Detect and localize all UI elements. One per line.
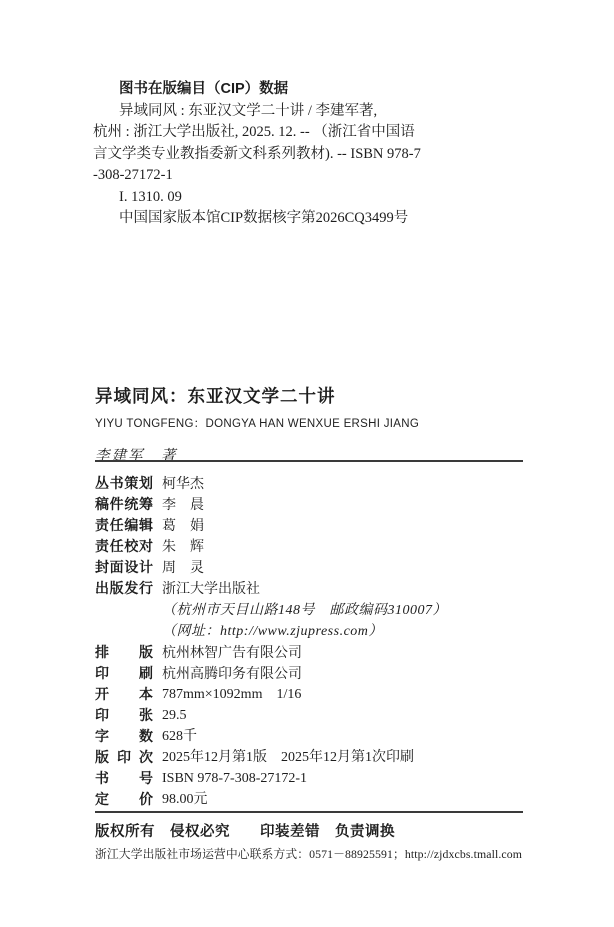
- credit-row: 开本 787mm×1092mm 1/16: [95, 684, 545, 705]
- copyright-page: 图书在版编目（CIP）数据 异域同风 : 东亚汉文学二十讲 / 李建军著, 杭州…: [0, 0, 614, 927]
- credit-value: 周 灵: [162, 557, 204, 578]
- book-title-pinyin: YIYU TONGFENG：DONGYA HAN WENXUE ERSHI JI…: [95, 415, 535, 431]
- credit-label: 定价: [95, 789, 153, 810]
- credit-label: 印张: [95, 705, 153, 726]
- credit-row: 稿件统筹 李 晨: [95, 494, 545, 515]
- publisher-address-row: （杭州市天目山路148号 邮政编码310007）: [95, 600, 545, 621]
- cip-line: 异域同风 : 东亚汉文学二十讲 / 李建军著,: [93, 101, 533, 123]
- cip-line: 言文学类专业教指委新文科系列教材). -- ISBN 978-7: [93, 144, 533, 166]
- credit-value: 杭州高腾印务有限公司: [162, 663, 302, 684]
- publisher-website-row: （网址：http://www.zjupress.com）: [95, 621, 545, 642]
- credit-label: 开本: [95, 684, 153, 705]
- cip-line: 杭州 : 浙江大学出版社, 2025. 12. -- （浙江省中国语: [93, 122, 533, 144]
- author-line: 李建军 著: [95, 444, 535, 465]
- credit-label: 封面设计: [95, 557, 153, 578]
- credit-label: [95, 621, 153, 642]
- credit-value: 葛 娟: [162, 515, 204, 536]
- title-block: 异域同风：东亚汉文学二十讲 YIYU TONGFENG：DONGYA HAN W…: [95, 383, 535, 465]
- divider-rule-top: [95, 460, 523, 462]
- cip-heading: 图书在版编目（CIP）数据: [93, 79, 533, 101]
- copyright-notice: 版权所有 侵权必究 印装差错 负责调换: [95, 820, 395, 841]
- cip-line: -308-27172-1: [93, 165, 533, 187]
- price-value: 98.00元: [162, 789, 208, 810]
- credit-row: 印张 29.5: [95, 705, 545, 726]
- credit-value: 李 晨: [162, 494, 204, 515]
- credit-value: 浙江大学出版社: [162, 578, 260, 599]
- publisher-address: （杭州市天目山路148号 邮政编码310007）: [162, 600, 447, 621]
- imprint-table: 丛书策划 柯华杰 稿件统筹 李 晨 责任编辑 葛 娟 责任校对 朱 辉 封面设计…: [95, 473, 545, 811]
- credit-label: 排版: [95, 642, 153, 663]
- credit-value: 787mm×1092mm 1/16: [162, 684, 301, 705]
- credit-label: 版印次: [95, 747, 153, 768]
- credit-row: 责任校对 朱 辉: [95, 536, 545, 557]
- credit-label: 书号: [95, 768, 153, 789]
- credit-label: 字数: [95, 726, 153, 747]
- credit-row: 印刷 杭州高腾印务有限公司: [95, 663, 545, 684]
- cip-line: I. 1310. 09: [93, 187, 533, 209]
- cip-block: 图书在版编目（CIP）数据 异域同风 : 东亚汉文学二十讲 / 李建军著, 杭州…: [93, 79, 533, 230]
- credit-row: 字数 628千: [95, 726, 545, 747]
- isbn-value: ISBN 978-7-308-27172-1: [162, 768, 307, 789]
- divider-rule-bottom: [95, 811, 523, 813]
- price-row: 定价 98.00元: [95, 789, 545, 810]
- credit-value: 朱 辉: [162, 536, 204, 557]
- credit-label: 责任校对: [95, 536, 153, 557]
- credit-value: 柯华杰: [162, 473, 204, 494]
- credit-row: 丛书策划 柯华杰: [95, 473, 545, 494]
- isbn-row: 书号 ISBN 978-7-308-27172-1: [95, 768, 545, 789]
- publisher-website: （网址：http://www.zjupress.com）: [162, 621, 383, 642]
- credit-label: 出版发行: [95, 578, 153, 599]
- credit-label: 稿件统筹: [95, 494, 153, 515]
- credit-value: 29.5: [162, 705, 187, 726]
- book-title: 异域同风：东亚汉文学二十讲: [95, 383, 535, 408]
- credit-row: 出版发行 浙江大学出版社: [95, 578, 545, 599]
- credit-row: 版印次 2025年12月第1版 2025年12月第1次印刷: [95, 747, 545, 768]
- credit-value: 628千: [162, 726, 197, 747]
- contact-line: 浙江大学出版社市场运营中心联系方式：0571－88925591；http://z…: [95, 845, 522, 862]
- credit-label: [95, 600, 153, 621]
- credit-value: 杭州林智广告有限公司: [162, 642, 302, 663]
- credit-label: 责任编辑: [95, 515, 153, 536]
- credit-label: 丛书策划: [95, 473, 153, 494]
- credit-value: 2025年12月第1版 2025年12月第1次印刷: [162, 747, 414, 768]
- credit-label: 印刷: [95, 663, 153, 684]
- credit-row: 排版 杭州林智广告有限公司: [95, 642, 545, 663]
- credit-row: 封面设计 周 灵: [95, 557, 545, 578]
- credit-row: 责任编辑 葛 娟: [95, 515, 545, 536]
- cip-line: 中国国家版本馆CIP数据核字第2026CQ3499号: [93, 208, 533, 230]
